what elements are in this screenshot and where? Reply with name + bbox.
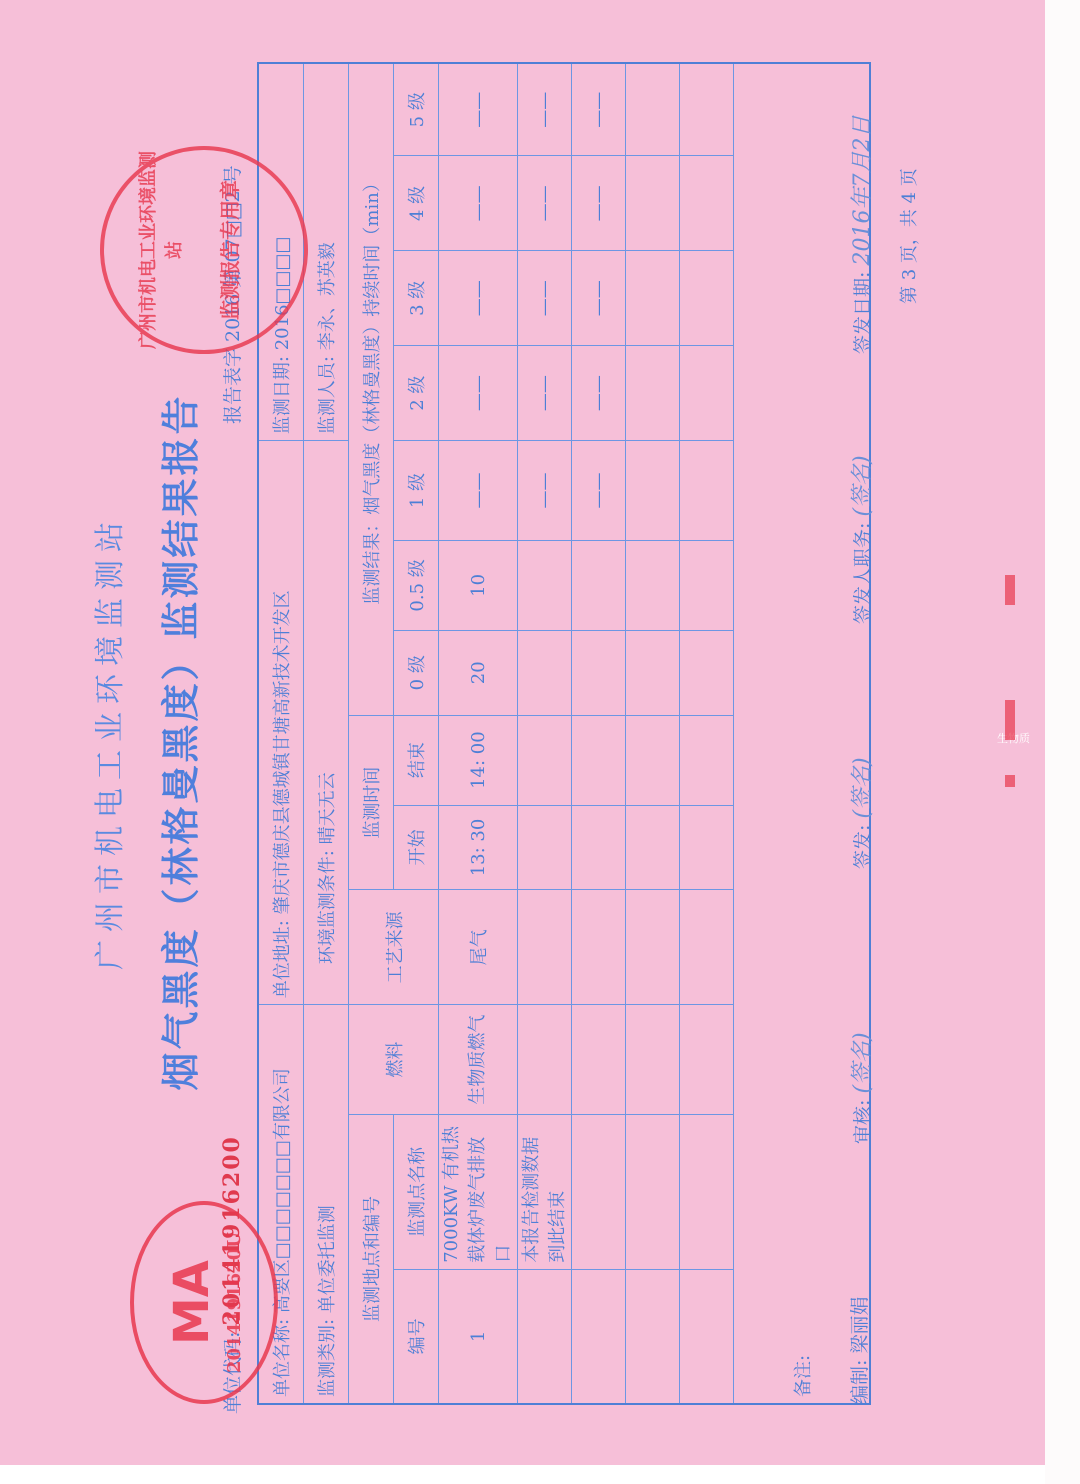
cell-level-5: —— bbox=[518, 63, 572, 156]
red-ink-mark bbox=[1005, 775, 1015, 787]
cell-end: 14: 00 bbox=[439, 715, 518, 805]
monitor-staff-label: 监测人员: bbox=[317, 356, 338, 434]
cell-no bbox=[626, 1269, 680, 1404]
cell-level-0-5 bbox=[680, 540, 734, 630]
reviewed-by: 审核: (签名) bbox=[845, 1032, 876, 1144]
header-row-1: 监测地点和编号 燃料 工艺来源 监测时间 监测结果：烟气黑度（林格曼黑度）持续时… bbox=[349, 63, 394, 1404]
review-signature: (签名) bbox=[850, 1032, 875, 1093]
issuer-title-label: 签发人职务: bbox=[852, 523, 874, 624]
unit-name-label: 单位名称: bbox=[272, 1319, 293, 1397]
issue-date-label: 签发日期: bbox=[852, 272, 874, 354]
cell-start bbox=[626, 805, 680, 890]
header-level-5: 5 级 bbox=[394, 63, 439, 156]
header-level-1: 1 级 bbox=[394, 441, 439, 541]
page-number: 第 3 页，共 4 页 bbox=[895, 168, 921, 304]
cell-level-5: —— bbox=[572, 63, 626, 156]
cell-process bbox=[626, 890, 680, 1005]
cell-level-0-5: 10 bbox=[439, 540, 518, 630]
cell-level-5 bbox=[680, 63, 734, 156]
cell-level-0 bbox=[680, 630, 734, 715]
header-level-3: 3 级 bbox=[394, 251, 439, 346]
cell-start bbox=[572, 805, 626, 890]
results-table: 单位名称: 高要区□□□□□□□有限公司 单位地址: 肇庆市德庆县德城镇甘塘高新… bbox=[257, 62, 871, 1405]
monitor-type-label: 监测类别: bbox=[317, 1319, 338, 1397]
header-row-2: 编号 监测点名称 开始 结束 0 级 0.5 级 1 级 2 级 3 级 4 级… bbox=[394, 63, 439, 1404]
cma-code: 2014191620U bbox=[224, 1205, 245, 1400]
table-row: 1 7000KW 有机热载体炉废气排放口 生物质燃气 尾气 13: 30 14:… bbox=[439, 63, 518, 1404]
unit-address-value: 肇庆市德庆县德城镇甘塘高新技术开发区 bbox=[272, 590, 293, 914]
cell-level-0 bbox=[518, 630, 572, 715]
cell-level-4 bbox=[626, 156, 680, 251]
cell-end bbox=[572, 715, 626, 805]
cell-level-4 bbox=[680, 156, 734, 251]
cell-fuel bbox=[680, 1005, 734, 1115]
monitor-staff-cell: 监测人员: 李永、苏英毅 bbox=[304, 63, 349, 441]
cell-level-5: —— bbox=[439, 63, 518, 156]
cell-level-2 bbox=[626, 346, 680, 441]
cell-no bbox=[680, 1269, 734, 1404]
cell-level-0-5 bbox=[626, 540, 680, 630]
header-end: 结束 bbox=[394, 715, 439, 805]
cma-logo-icon: MA bbox=[164, 1205, 220, 1400]
cell-process bbox=[680, 890, 734, 1005]
env-condition-label: 环境监测条件: bbox=[317, 850, 338, 964]
review-label: 审核: bbox=[852, 1100, 874, 1144]
report-seal-stamp: 广州市机电工业环境监测站 监测报告专用章 bbox=[100, 146, 308, 354]
issue-date-value: 2016年7月2日 bbox=[850, 116, 875, 266]
cell-fuel bbox=[518, 1005, 572, 1115]
seal-ring-text: 广州市机电工业环境监测站 bbox=[134, 150, 186, 350]
cell-end bbox=[626, 715, 680, 805]
cell-site bbox=[680, 1114, 734, 1269]
cell-start bbox=[518, 805, 572, 890]
cell-level-2: —— bbox=[439, 346, 518, 441]
cell-level-3: —— bbox=[439, 251, 518, 346]
cell-level-4: —— bbox=[572, 156, 626, 251]
cell-process bbox=[518, 890, 572, 1005]
cell-level-0-5 bbox=[518, 540, 572, 630]
issue-signature: (签名) bbox=[850, 757, 875, 818]
header-no: 编号 bbox=[394, 1269, 439, 1404]
info-row-2: 监测类别: 单位委托监测 环境监测条件: 晴天无云 监测人员: 李永、苏英毅 bbox=[304, 63, 349, 1404]
cell-level-3 bbox=[680, 251, 734, 346]
cell-level-1: —— bbox=[572, 441, 626, 541]
header-site-group: 监测地点和编号 bbox=[349, 1114, 394, 1404]
red-ink-mark bbox=[1005, 700, 1015, 740]
cell-level-0: 20 bbox=[439, 630, 518, 715]
monitor-date-label: 监测日期: bbox=[272, 356, 293, 434]
cell-level-5 bbox=[626, 63, 680, 156]
issuer-title: 签发人职务: (签名) bbox=[845, 455, 876, 624]
cell-site: 本报告检测数据到此结束 bbox=[518, 1114, 572, 1269]
table-row bbox=[626, 63, 680, 1404]
monitor-type-cell: 监测类别: 单位委托监测 bbox=[304, 1005, 349, 1404]
red-ink-mark bbox=[1005, 575, 1015, 605]
cell-start: 13: 30 bbox=[439, 805, 518, 890]
cell-level-2: —— bbox=[518, 346, 572, 441]
table-row: —— —— —— —— —— bbox=[572, 63, 626, 1404]
header-level-0: 0 级 bbox=[394, 630, 439, 715]
cell-level-0-5 bbox=[572, 540, 626, 630]
cell-level-3: —— bbox=[572, 251, 626, 346]
cell-process bbox=[572, 890, 626, 1005]
cell-level-4: —— bbox=[439, 156, 518, 251]
compiled-by: 编制: 梁丽娟 bbox=[845, 1297, 872, 1404]
header-fuel: 燃料 bbox=[349, 1005, 439, 1115]
cell-fuel: 生物质燃气 bbox=[439, 1005, 518, 1115]
header-start: 开始 bbox=[394, 805, 439, 890]
header-time-group: 监测时间 bbox=[349, 715, 394, 890]
cell-process: 尾气 bbox=[439, 890, 518, 1005]
cell-fuel bbox=[572, 1005, 626, 1115]
header-level-0-5: 0.5 级 bbox=[394, 540, 439, 630]
seal-center-text: 监测报告专用章 bbox=[214, 150, 243, 350]
cma-stamp: MA 2014191620U bbox=[130, 1201, 278, 1404]
remarks-label: 备注: bbox=[793, 1355, 814, 1397]
cell-level-1: —— bbox=[439, 441, 518, 541]
cell-site bbox=[572, 1114, 626, 1269]
compiled-value: 梁丽娟 bbox=[849, 1297, 871, 1354]
monitor-staff-value: 李永、苏英毅 bbox=[317, 242, 338, 350]
cell-level-3: —— bbox=[518, 251, 572, 346]
cell-level-1 bbox=[680, 441, 734, 541]
header-result-group: 监测结果：烟气黑度（林格曼黑度）持续时间（min） bbox=[349, 63, 394, 715]
header-level-2: 2 级 bbox=[394, 346, 439, 441]
issuer-title-signature: (签名) bbox=[850, 455, 875, 516]
cell-fuel bbox=[626, 1005, 680, 1115]
header-process: 工艺来源 bbox=[349, 890, 439, 1005]
unit-address-label: 单位地址: bbox=[272, 920, 293, 998]
header-site-name: 监测点名称 bbox=[394, 1114, 439, 1269]
report-page: 广州市机电工业环境监测站 烟气黑度（林格曼黑度）监测结果报告 单位代码: 201… bbox=[0, 0, 1080, 1484]
table-row: 本报告检测数据到此结束 —— —— —— —— —— bbox=[518, 63, 572, 1404]
cell-level-1 bbox=[626, 441, 680, 541]
cell-level-3 bbox=[626, 251, 680, 346]
env-condition-value: 晴天无云 bbox=[317, 772, 338, 844]
header-level-4: 4 级 bbox=[394, 156, 439, 251]
cell-end bbox=[518, 715, 572, 805]
cell-level-0 bbox=[626, 630, 680, 715]
cell-level-4: —— bbox=[518, 156, 572, 251]
unit-address-cell: 单位地址: 肇庆市德庆县德城镇甘塘高新技术开发区 bbox=[258, 441, 304, 1005]
cell-no: 1 bbox=[439, 1269, 518, 1404]
compiled-label: 编制: bbox=[849, 1360, 871, 1404]
issue-label: 签发: bbox=[852, 825, 874, 869]
cell-level-2: —— bbox=[572, 346, 626, 441]
issued-by: 签发: (签名) bbox=[845, 757, 876, 869]
env-condition-cell: 环境监测条件: 晴天无云 bbox=[304, 441, 349, 1005]
cell-site bbox=[626, 1114, 680, 1269]
monitor-type-value: 单位委托监测 bbox=[317, 1205, 338, 1313]
table-row bbox=[680, 63, 734, 1404]
cell-site: 7000KW 有机热载体炉废气排放口 bbox=[439, 1114, 518, 1269]
cell-start bbox=[680, 805, 734, 890]
cell-no bbox=[518, 1269, 572, 1404]
cell-level-2 bbox=[680, 346, 734, 441]
cell-end bbox=[680, 715, 734, 805]
cell-no bbox=[572, 1269, 626, 1404]
issue-date: 签发日期: 2016年7月2日 bbox=[845, 116, 876, 354]
cell-level-0 bbox=[572, 630, 626, 715]
cell-level-1: —— bbox=[518, 441, 572, 541]
